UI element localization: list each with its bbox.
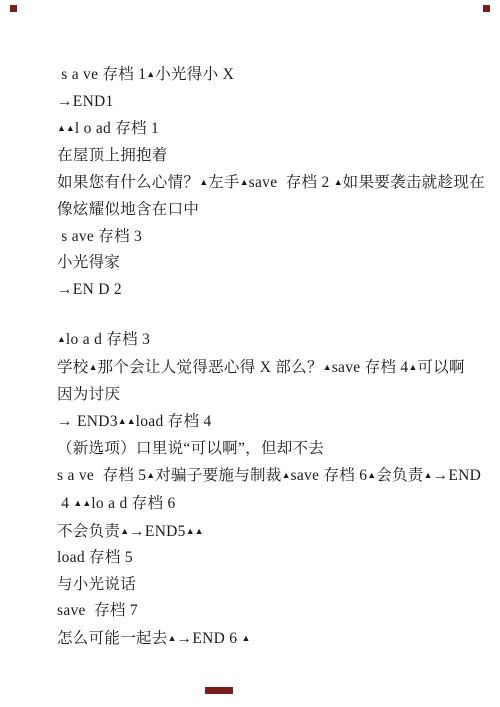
text-line: ▲lo a d 存档 3 [57,326,486,354]
text-line: load 存档 5 [57,545,486,572]
text-line: save 存档 7 [57,598,486,625]
text-line: 因为讨厌 [57,382,486,409]
text-line: （新选项）口里说“可以啊”，但却不去 [57,436,486,463]
text-line: 不会负责▲→END5▲▲ [57,518,486,546]
triangle-marker-icon: ▲ [367,470,376,480]
text-line: ▲▲l o ad 存档 1 [57,115,486,143]
bar-mark-bottom-center [205,687,233,694]
triangle-marker-icon: ▲ [89,362,98,372]
triangle-marker-icon: ▲ [199,177,208,187]
text-line: 如果您有什么心情？▲左手▲save 存档 2 ▲如果要袭击就趁现在 [57,169,486,197]
triangle-marker-icon: ▲ [323,362,332,372]
text-line: 4 ▲▲lo a d 存档 6 [57,490,486,518]
triangle-marker-icon: ▲ [120,526,129,536]
triangle-marker-icon: ▲ [282,470,291,480]
triangle-marker-icon: ▲ [408,362,417,372]
corner-mark-top-right [483,5,490,12]
triangle-marker-icon: ▲ [240,177,249,187]
triangle-marker-icon: ▲ [168,633,177,643]
corner-mark-top-left [10,5,17,12]
document-body: s a ve 存档 1▲小光得小 X→END1▲▲l o ad 存档 1在屋顶上… [57,61,486,652]
text-line: s ave 存档 3 [57,224,486,251]
triangle-marker-icon: ▲ [118,416,127,426]
triangle-marker-icon: ▲ [127,416,136,426]
triangle-marker-icon: ▲ [424,470,433,480]
triangle-marker-icon: ▲ [66,123,75,133]
triangle-marker-icon: ▲ [57,334,66,344]
text-line: 在屋顶上拥抱着 [57,143,486,170]
text-line: 学校▲那个会让人觉得恶心得 X 部么？▲save 存档 4▲可以啊 [57,354,486,382]
triangle-marker-icon: ▲ [186,526,195,536]
text-line: s a ve 存档 5▲对骗子要施与制裁▲save 存档 6▲会负责▲→END [57,462,486,490]
triangle-marker-icon: ▲ [195,526,204,536]
text-line: 怎么可能一起去▲→END 6 ▲ [57,625,486,653]
triangle-marker-icon: ▲ [146,470,155,480]
triangle-marker-icon: ▲ [82,498,91,508]
text-line: →END1 [57,89,486,116]
document-page: s a ve 存档 1▲小光得小 X→END1▲▲l o ad 存档 1在屋顶上… [0,0,500,707]
triangle-marker-icon: ▲ [242,633,251,643]
triangle-marker-icon: ▲ [334,177,343,187]
triangle-marker-icon: ▲ [73,498,82,508]
triangle-marker-icon: ▲ [146,69,155,79]
text-line: 与小光说话 [57,572,486,599]
text-line: s a ve 存档 1▲小光得小 X [57,61,486,89]
text-line: → END3▲▲load 存档 4 [57,408,486,436]
text-line: 像炫耀似地含在口中 [57,197,486,224]
triangle-marker-icon: ▲ [57,123,66,133]
text-line: 小光得家 [57,250,486,277]
text-line: →EN D 2 [57,277,486,304]
